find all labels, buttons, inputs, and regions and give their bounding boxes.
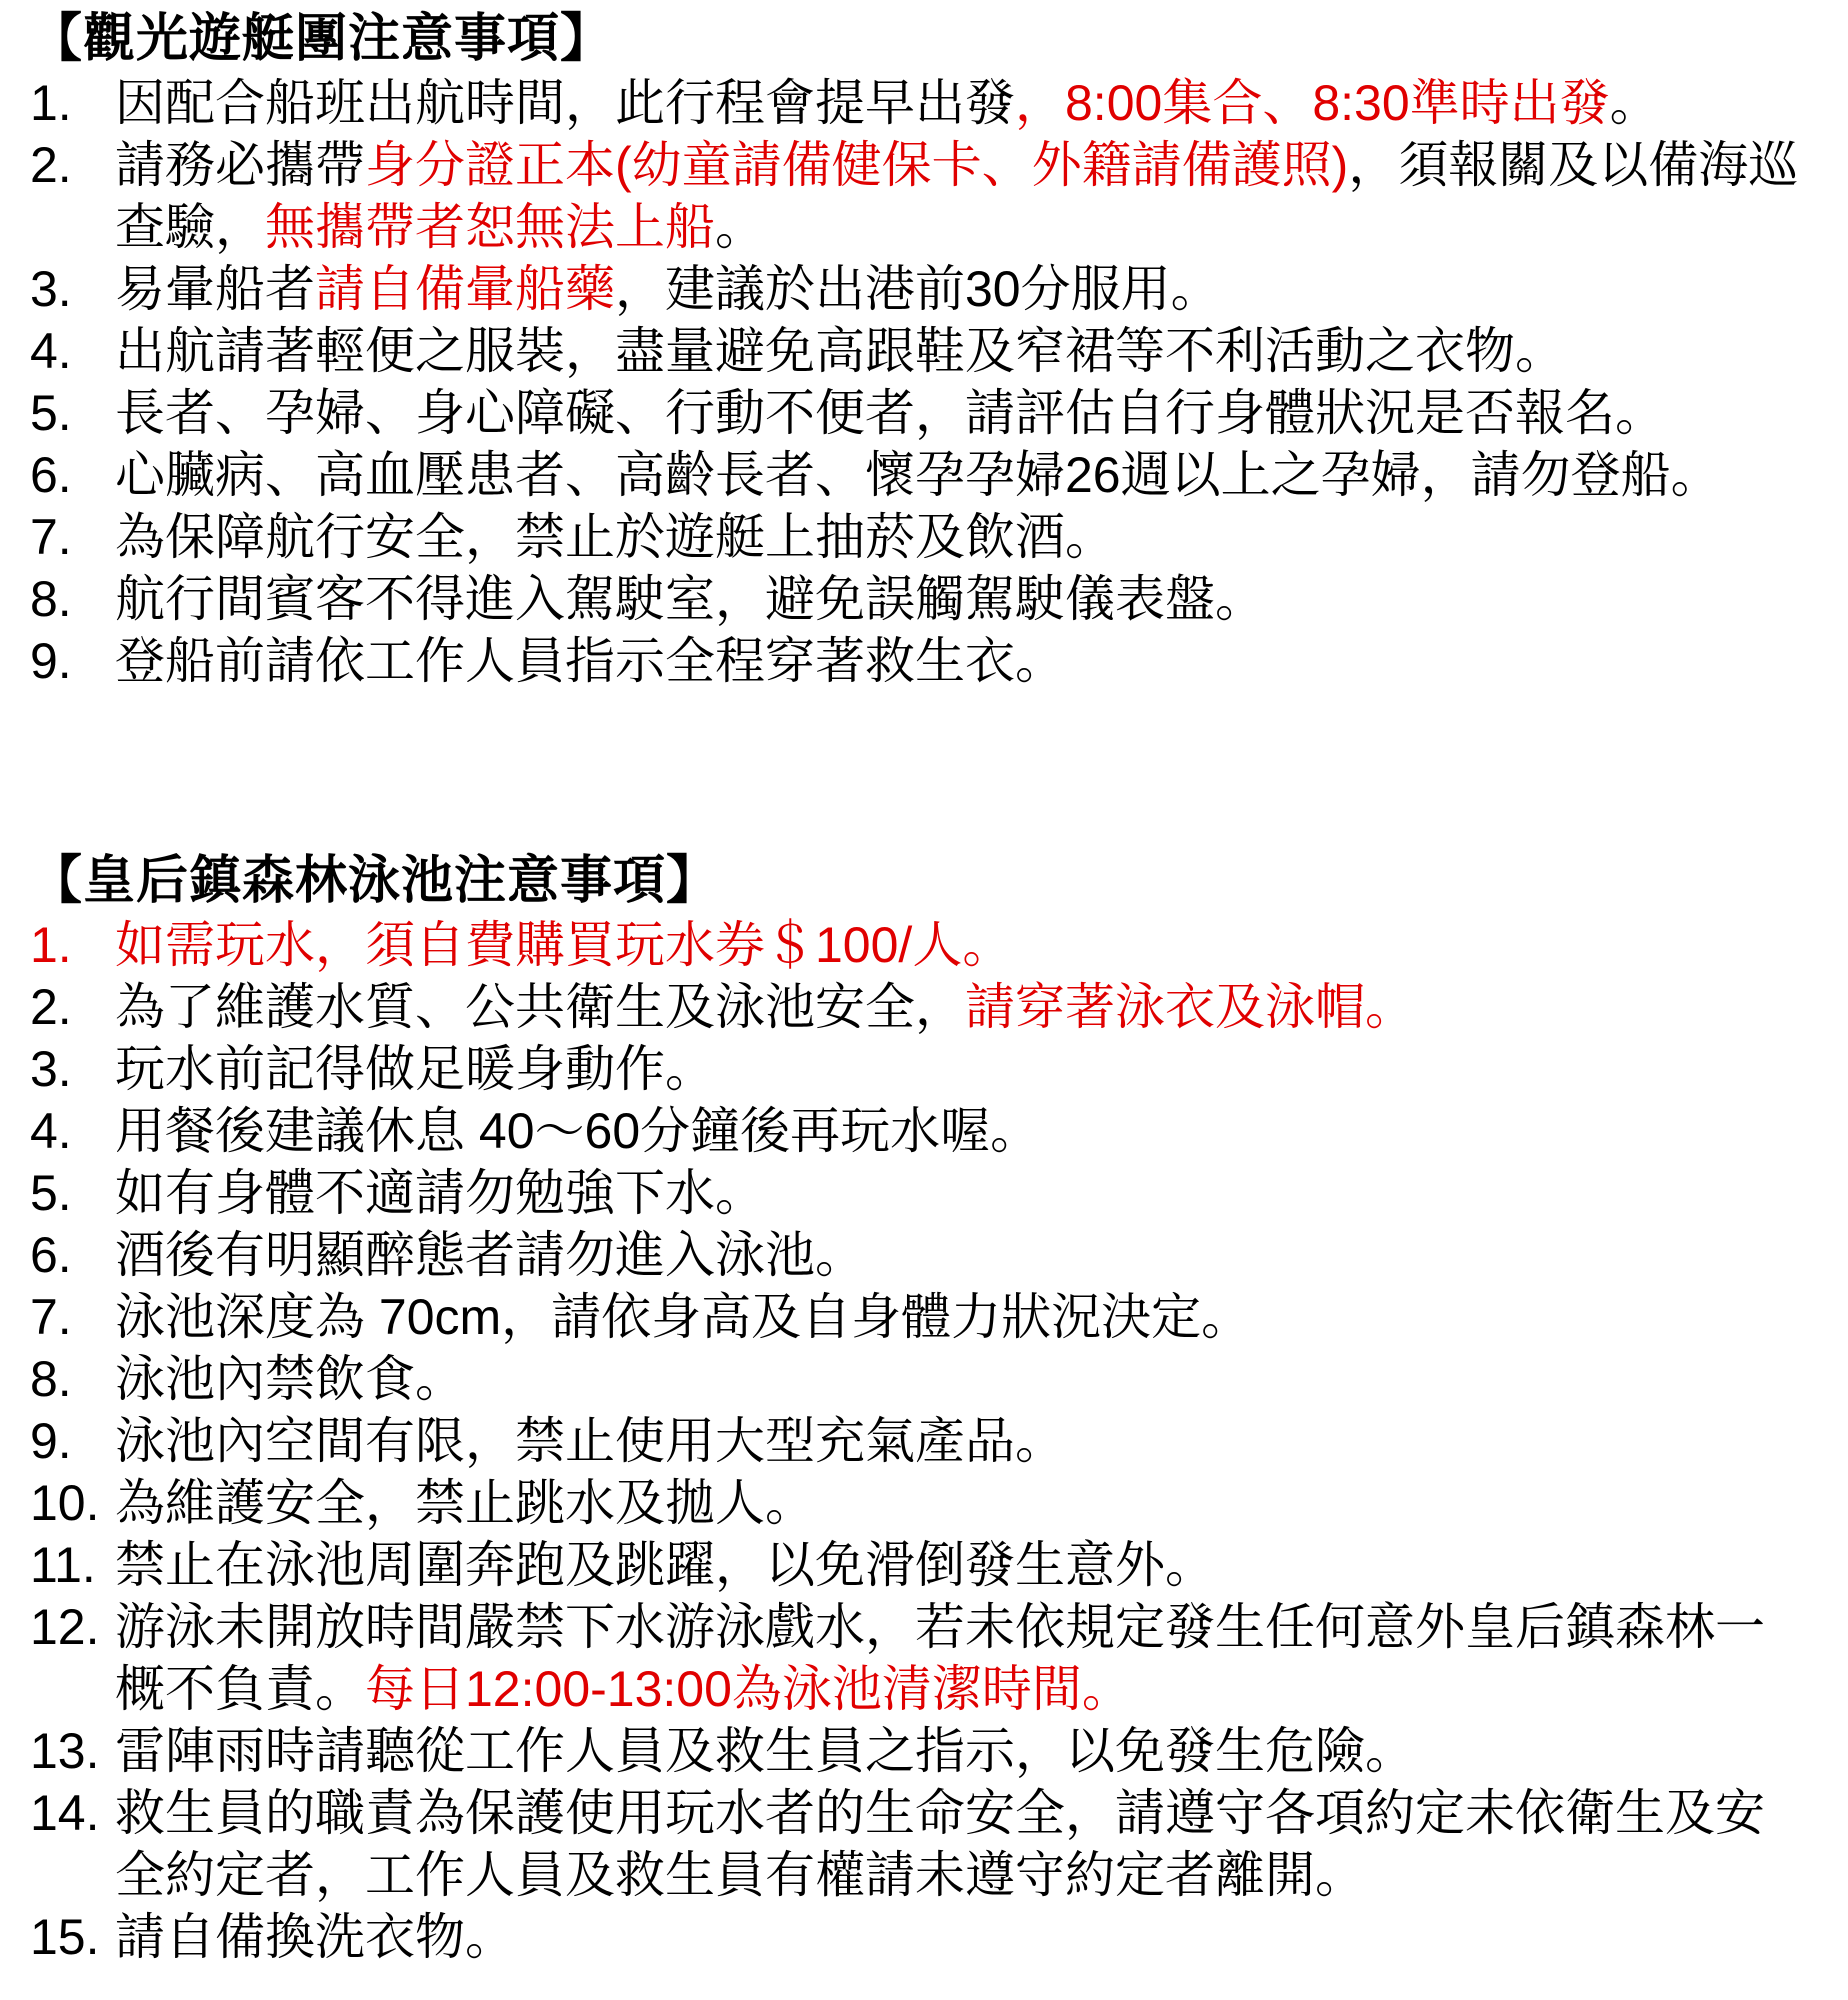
item-number: 8. [30, 568, 115, 630]
text-run: ，建議於出港前30分服用。 [615, 261, 1221, 317]
item-number: 8. [30, 1348, 115, 1410]
yacht-section-title: 【觀光遊艇團注意事項】 [30, 6, 1812, 72]
text-run: 易暈船者 [115, 261, 315, 317]
notice-document: 【觀光遊艇團注意事項】 1.因配合船班出航時間，此行程會提早出發，8:00集合、… [0, 0, 1848, 1968]
item-number: 11. [30, 1534, 115, 1596]
text-run: 。 [715, 199, 765, 255]
text-run: 因配合船班出航時間，此行程會提早出發 [115, 75, 1015, 131]
text-run: 禁止在泳池周圍奔跑及跳躍，以免滑倒發生意外。 [115, 1537, 1215, 1593]
list-item: 14.救生員的職責為保護使用玩水者的生命安全，請遵守各項約定未依衛生及安全約定者… [30, 1782, 1812, 1906]
item-text: 游泳未開放時間嚴禁下水游泳戲水，若未依規定發生任何意外皇后鎮森林一概不負責。每日… [115, 1596, 1812, 1720]
item-text: 長者、孕婦、身心障礙、行動不便者，請評估自行身體狀況是否報名。 [115, 382, 1812, 444]
item-text: 請務必攜帶身分證正本(幼童請備健保卡、外籍請備護照)，須報關及以備海巡查驗，無攜… [115, 134, 1812, 258]
item-text: 泳池內空間有限，禁止使用大型充氣產品。 [115, 1410, 1812, 1472]
item-text: 雷陣雨時請聽從工作人員及救生員之指示，以免發生危險。 [115, 1720, 1812, 1782]
list-item: 8.航行間賓客不得進入駕駛室，避免誤觸駕駛儀表盤。 [30, 568, 1812, 630]
item-number: 3. [30, 258, 115, 320]
text-run: 為了維護水質、公共衛生及泳池安全， [115, 979, 965, 1035]
list-item: 5.如有身體不適請勿勉強下水。 [30, 1162, 1812, 1224]
item-text: 為維護安全，禁止跳水及拋人。 [115, 1472, 1812, 1534]
highlighted-text-run: 無攜帶者恕無法上船 [265, 199, 715, 255]
list-item: 2.請務必攜帶身分證正本(幼童請備健保卡、外籍請備護照)，須報關及以備海巡查驗，… [30, 134, 1812, 258]
item-text: 泳池內禁飲食。 [115, 1348, 1812, 1410]
item-text: 如有身體不適請勿勉強下水。 [115, 1162, 1812, 1224]
item-text: 心臟病、高血壓患者、高齡長者、懷孕孕婦26週以上之孕婦，請勿登船。 [115, 444, 1812, 506]
item-text: 玩水前記得做足暖身動作。 [115, 1038, 1812, 1100]
item-text: 因配合船班出航時間，此行程會提早出發，8:00集合、8:30準時出發。 [115, 72, 1812, 134]
highlighted-text-run: 身分證正本(幼童請備健保卡、外籍請備護照) [365, 137, 1348, 193]
text-run: 雷陣雨時請聽從工作人員及救生員之指示，以免發生危險。 [115, 1723, 1415, 1779]
pool-section-title: 【皇后鎮森林泳池注意事項】 [30, 848, 1812, 914]
item-number: 2. [30, 976, 115, 1038]
list-item: 12.游泳未開放時間嚴禁下水游泳戲水，若未依規定發生任何意外皇后鎮森林一概不負責… [30, 1596, 1812, 1720]
text-run: 登船前請依工作人員指示全程穿著救生衣。 [115, 633, 1065, 689]
list-item: 3.易暈船者請自備暈船藥，建議於出港前30分服用。 [30, 258, 1812, 320]
text-run: 。 [1610, 75, 1660, 131]
text-run: 出航請著輕便之服裝，盡量避免高跟鞋及窄裙等不利活動之衣物。 [115, 323, 1565, 379]
item-text: 請自備換洗衣物。 [115, 1906, 1812, 1968]
list-item: 5.長者、孕婦、身心障礙、行動不便者，請評估自行身體狀況是否報名。 [30, 382, 1812, 444]
text-run: 如有身體不適請勿勉強下水。 [115, 1165, 765, 1221]
list-item: 7.泳池深度為 70cm，請依身高及自身體力狀況決定。 [30, 1286, 1812, 1348]
yacht-notice-section: 【觀光遊艇團注意事項】 1.因配合船班出航時間，此行程會提早出發，8:00集合、… [30, 6, 1812, 692]
item-number: 13. [30, 1720, 115, 1782]
pool-notice-section: 【皇后鎮森林泳池注意事項】 1.如需玩水，須自費購買玩水券＄100/人。2.為了… [30, 848, 1812, 1968]
list-item: 9.登船前請依工作人員指示全程穿著救生衣。 [30, 630, 1812, 692]
item-number: 4. [30, 320, 115, 382]
item-number: 1. [30, 72, 115, 134]
list-item: 15.請自備換洗衣物。 [30, 1906, 1812, 1968]
text-run: 心臟病、高血壓患者、高齡長者、懷孕孕婦26週以上之孕婦，請勿登船。 [115, 447, 1721, 503]
text-run: 泳池內空間有限，禁止使用大型充氣產品。 [115, 1413, 1065, 1469]
item-text: 酒後有明顯醉態者請勿進入泳池。 [115, 1224, 1812, 1286]
item-text: 出航請著輕便之服裝，盡量避免高跟鞋及窄裙等不利活動之衣物。 [115, 320, 1812, 382]
item-number: 1. [30, 914, 115, 976]
highlighted-text-run: 每日12:00-13:00為泳池清潔時間。 [365, 1661, 1132, 1717]
highlighted-text-run: ，8:00集合、8:30準時出發 [1015, 75, 1610, 131]
item-number: 7. [30, 1286, 115, 1348]
item-text: 易暈船者請自備暈船藥，建議於出港前30分服用。 [115, 258, 1812, 320]
item-number: 12. [30, 1596, 115, 1720]
item-number: 14. [30, 1782, 115, 1906]
item-text: 泳池深度為 70cm，請依身高及自身體力狀況決定。 [115, 1286, 1812, 1348]
text-run: 為保障航行安全，禁止於遊艇上抽菸及飲酒。 [115, 509, 1115, 565]
item-text: 如需玩水，須自費購買玩水券＄100/人。 [115, 914, 1812, 976]
list-item: 7.為保障航行安全，禁止於遊艇上抽菸及飲酒。 [30, 506, 1812, 568]
item-text: 禁止在泳池周圍奔跑及跳躍，以免滑倒發生意外。 [115, 1534, 1812, 1596]
text-run: 請自備換洗衣物。 [115, 1909, 515, 1965]
text-run: 泳池深度為 70cm，請依身高及自身體力狀況決定。 [115, 1289, 1251, 1345]
text-run: 泳池內禁飲食。 [115, 1351, 465, 1407]
list-item: 8.泳池內禁飲食。 [30, 1348, 1812, 1410]
list-item: 3.玩水前記得做足暖身動作。 [30, 1038, 1812, 1100]
text-run: 請務必攜帶 [115, 137, 365, 193]
item-number: 6. [30, 444, 115, 506]
item-number: 10. [30, 1472, 115, 1534]
item-text: 登船前請依工作人員指示全程穿著救生衣。 [115, 630, 1812, 692]
highlighted-text-run: 請穿著泳衣及泳帽。 [965, 979, 1415, 1035]
list-item: 1.如需玩水，須自費購買玩水券＄100/人。 [30, 914, 1812, 976]
list-item: 4.用餐後建議休息 40～60分鐘後再玩水喔。 [30, 1100, 1812, 1162]
item-text: 為保障航行安全，禁止於遊艇上抽菸及飲酒。 [115, 506, 1812, 568]
list-item: 4.出航請著輕便之服裝，盡量避免高跟鞋及窄裙等不利活動之衣物。 [30, 320, 1812, 382]
list-item: 9.泳池內空間有限，禁止使用大型充氣產品。 [30, 1410, 1812, 1472]
list-item: 6.心臟病、高血壓患者、高齡長者、懷孕孕婦26週以上之孕婦，請勿登船。 [30, 444, 1812, 506]
text-run: 救生員的職責為保護使用玩水者的生命安全，請遵守各項約定未依衛生及安全約定者，工作… [115, 1785, 1765, 1903]
item-number: 7. [30, 506, 115, 568]
item-text: 救生員的職責為保護使用玩水者的生命安全，請遵守各項約定未依衛生及安全約定者，工作… [115, 1782, 1812, 1906]
item-number: 15. [30, 1906, 115, 1968]
list-item: 2.為了維護水質、公共衛生及泳池安全，請穿著泳衣及泳帽。 [30, 976, 1812, 1038]
list-item: 6.酒後有明顯醉態者請勿進入泳池。 [30, 1224, 1812, 1286]
item-number: 5. [30, 1162, 115, 1224]
list-item: 11.禁止在泳池周圍奔跑及跳躍，以免滑倒發生意外。 [30, 1534, 1812, 1596]
text-run: 玩水前記得做足暖身動作。 [115, 1041, 715, 1097]
yacht-notice-list: 1.因配合船班出航時間，此行程會提早出發，8:00集合、8:30準時出發。2.請… [30, 72, 1812, 692]
text-run: 為維護安全，禁止跳水及拋人。 [115, 1475, 815, 1531]
item-number: 4. [30, 1100, 115, 1162]
item-number: 3. [30, 1038, 115, 1100]
item-number: 9. [30, 630, 115, 692]
item-text: 用餐後建議休息 40～60分鐘後再玩水喔。 [115, 1100, 1812, 1162]
item-number: 2. [30, 134, 115, 258]
item-text: 航行間賓客不得進入駕駛室，避免誤觸駕駛儀表盤。 [115, 568, 1812, 630]
item-number: 5. [30, 382, 115, 444]
item-text: 為了維護水質、公共衛生及泳池安全，請穿著泳衣及泳帽。 [115, 976, 1812, 1038]
text-run: 航行間賓客不得進入駕駛室，避免誤觸駕駛儀表盤。 [115, 571, 1265, 627]
list-item: 1.因配合船班出航時間，此行程會提早出發，8:00集合、8:30準時出發。 [30, 72, 1812, 134]
list-item: 13.雷陣雨時請聽從工作人員及救生員之指示，以免發生危險。 [30, 1720, 1812, 1782]
highlighted-text-run: 如需玩水，須自費購買玩水券＄100/人。 [115, 917, 1012, 973]
text-run: 用餐後建議休息 40～60分鐘後再玩水喔。 [115, 1103, 1040, 1159]
list-item: 10.為維護安全，禁止跳水及拋人。 [30, 1472, 1812, 1534]
text-run: 長者、孕婦、身心障礙、行動不便者，請評估自行身體狀況是否報名。 [115, 385, 1665, 441]
item-number: 9. [30, 1410, 115, 1472]
highlighted-text-run: 請自備暈船藥 [315, 261, 615, 317]
text-run: 酒後有明顯醉態者請勿進入泳池。 [115, 1227, 865, 1283]
item-number: 6. [30, 1224, 115, 1286]
pool-notice-list: 1.如需玩水，須自費購買玩水券＄100/人。2.為了維護水質、公共衛生及泳池安全… [30, 914, 1812, 1968]
